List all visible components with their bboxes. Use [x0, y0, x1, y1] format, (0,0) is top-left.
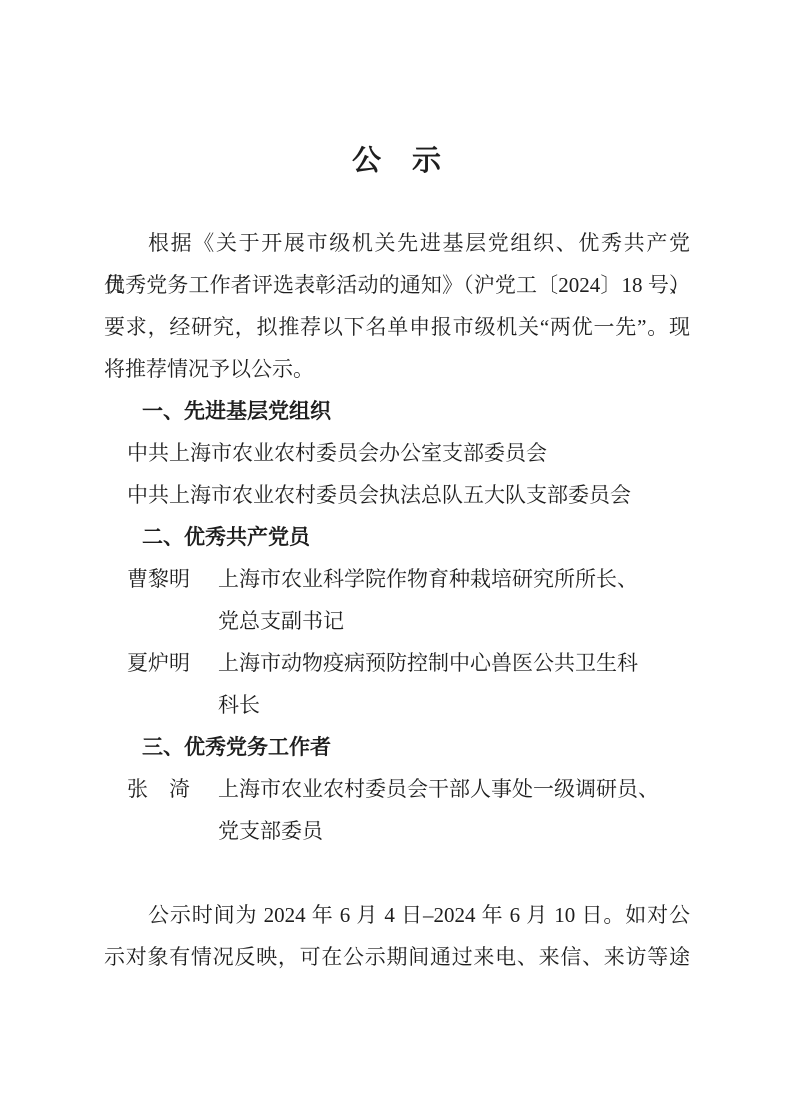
intro-paragraph: 根据《关于开展市级机关先进基层党组织、优秀共产党员、 优秀党务工作者评选表彰活动… — [104, 222, 690, 390]
text-line: 上海市农业农村委员会干部人事处一级调研员、 — [218, 768, 690, 810]
text-line: 优秀党务工作者评选表彰活动的通知》（沪党工〔2024〕18 号） — [104, 264, 690, 306]
text-line: 上海市动物疫病预防控制中心兽医公共卫生科 — [218, 642, 690, 684]
person-name: 曹黎明 — [127, 558, 218, 600]
section-heading-outstanding-members: 二、优秀共产党员 — [104, 516, 690, 558]
text-line: 公示时间为 2024 年 6 月 4 日–2024 年 6 月 10 日。如对公 — [104, 894, 690, 936]
person-role: 上海市动物疫病预防控制中心兽医公共卫生科 科长 — [218, 642, 690, 726]
org-entry: 中共上海市农业农村委员会执法总队五大队支部委员会 — [104, 474, 690, 516]
text-line: 要求，经研究，拟推荐以下名单申报市级机关“两优一先”。现 — [104, 306, 690, 348]
text-line: 将推荐情况予以公示。 — [104, 348, 690, 390]
person-name: 夏炉明 — [127, 642, 218, 684]
person-role: 上海市农业科学院作物育种栽培研究所所长、 党总支副书记 — [218, 558, 690, 642]
section-heading-advanced-org: 一、先进基层党组织 — [104, 390, 690, 432]
text-line: 示对象有情况反映，可在公示期间通过来电、来信、来访等途 — [104, 936, 690, 978]
text-line: 党支部委员 — [218, 810, 690, 852]
text-line: 科长 — [218, 684, 690, 726]
text-line: 上海市农业科学院作物育种栽培研究所所长、 — [218, 558, 690, 600]
org-entry: 中共上海市农业农村委员会办公室支部委员会 — [104, 432, 690, 474]
document-content: 公 示 根据《关于开展市级机关先进基层党组织、优秀共产党员、 优秀党务工作者评选… — [104, 141, 690, 978]
section-heading-outstanding-workers: 三、优秀党务工作者 — [104, 726, 690, 768]
text-line: 根据《关于开展市级机关先进基层党组织、优秀共产党员、 — [104, 222, 690, 264]
person-entry: 夏炉明 上海市动物疫病预防控制中心兽医公共卫生科 科长 — [104, 642, 690, 726]
person-role: 上海市农业农村委员会干部人事处一级调研员、 党支部委员 — [218, 768, 690, 852]
text-line: 党总支副书记 — [218, 600, 690, 642]
person-entry: 张 渏 上海市农业农村委员会干部人事处一级调研员、 党支部委员 — [104, 768, 690, 852]
person-entry: 曹黎明 上海市农业科学院作物育种栽培研究所所长、 党总支副书记 — [104, 558, 690, 642]
person-name: 张 渏 — [127, 768, 218, 810]
closing-paragraph: 公示时间为 2024 年 6 月 4 日–2024 年 6 月 10 日。如对公… — [104, 894, 690, 978]
document-page: 公 示 根据《关于开展市级机关先进基层党组织、优秀共产党员、 优秀党务工作者评选… — [0, 0, 794, 1108]
page-title: 公 示 — [104, 141, 690, 181]
